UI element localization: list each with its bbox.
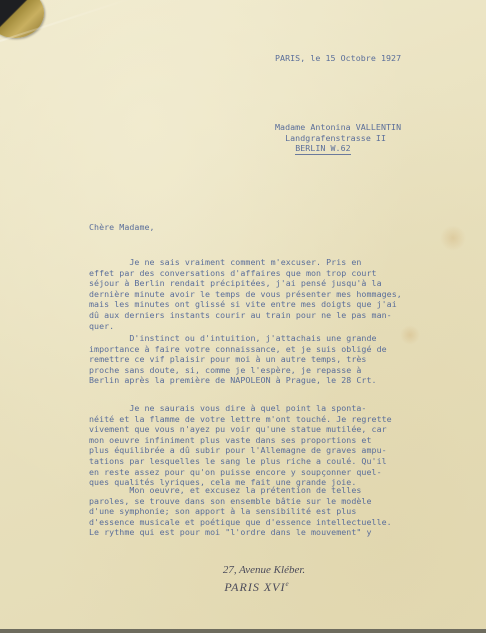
letter-page: PARIS, le 15 Octobre 1927 Madame Antonin… xyxy=(0,0,486,630)
scan-bottom-edge xyxy=(0,629,486,633)
paragraph-2: D'instinct ou d'intuition, j'attachais u… xyxy=(89,333,387,386)
text-line: mais les minutes ont glissé si vite entr… xyxy=(89,299,397,309)
text-line: Berlin après la première de NAPOLEON à P… xyxy=(89,375,377,385)
text-line: Je ne sais vraiment comment m'excuser. P… xyxy=(89,257,361,267)
text-line: importance à faire votre connaissance, e… xyxy=(89,344,387,354)
text-line: mon oeuvre infiniment plus vaste dans se… xyxy=(89,435,372,445)
paper-stain xyxy=(440,225,466,251)
salutation: Chère Madame, xyxy=(89,222,155,233)
text-line: néité et la flamme de votre lettre m'ont… xyxy=(89,414,392,424)
letterhead-city: PARIS XVIe xyxy=(0,580,486,595)
text-line: proche sans doute, si, comme je l'espère… xyxy=(89,365,361,375)
recipient-address: Madame Antonina VALLENTIN Landgrafenstra… xyxy=(275,122,401,155)
recipient-city: BERLIN W.62 xyxy=(295,143,351,155)
text-line: Je ne saurais vous dire à quel point la … xyxy=(89,403,366,413)
text-line: quer. xyxy=(89,321,114,331)
text-line: d'une symphonie; son apport à la sensibi… xyxy=(89,506,356,516)
text-line: D'instinct ou d'intuition, j'attachais u… xyxy=(89,333,377,343)
paragraph-3: Je ne saurais vous dire à quel point la … xyxy=(89,403,392,488)
text-line: paroles, se trouve dans son ensemble bât… xyxy=(89,496,372,506)
text-line: vivement que vous n'ayez pu voir qu'une … xyxy=(89,424,387,434)
recipient-name: Madame Antonina VALLENTIN xyxy=(275,122,401,132)
letterhead-city-name: PARIS XVI xyxy=(224,580,285,594)
date-line: PARIS, le 15 Octobre 1927 xyxy=(275,53,401,64)
text-line: en reste assez pour qu'on puisse encore … xyxy=(89,467,382,477)
text-line: remettre ce vif plaisir pour moi à un au… xyxy=(89,354,366,364)
text-line: dernière minute avoir le temps de vous p… xyxy=(89,289,402,299)
text-line: séjour à Berlin rendait précipitées, j'a… xyxy=(89,278,382,288)
text-line: Mon oeuvre, et excusez la prétention de … xyxy=(89,485,361,495)
text-line: effet par des conversations d'affaires q… xyxy=(89,268,377,278)
letterhead-city-suffix: e xyxy=(286,580,290,588)
paragraph-1: Je ne sais vraiment comment m'excuser. P… xyxy=(89,257,402,331)
text-line: dû aux derniers instants courir au train… xyxy=(89,310,392,320)
letterhead-street: 27, Avenue Kléber. xyxy=(0,564,486,576)
paper-stain xyxy=(400,325,420,345)
paragraph-4: Mon oeuvre, et excusez la prétention de … xyxy=(89,485,392,538)
text-line: d'essence musicale et poétique que d'ess… xyxy=(89,517,392,527)
recipient-street: Landgrafenstrasse II xyxy=(285,133,386,143)
text-line: plus équilibrée a dû subir pour l'Allema… xyxy=(89,445,387,455)
text-line: tations par lesquelles le sang le plus r… xyxy=(89,456,387,466)
text-line: Le rythme qui est pour moi "l'ordre dans… xyxy=(89,527,372,537)
